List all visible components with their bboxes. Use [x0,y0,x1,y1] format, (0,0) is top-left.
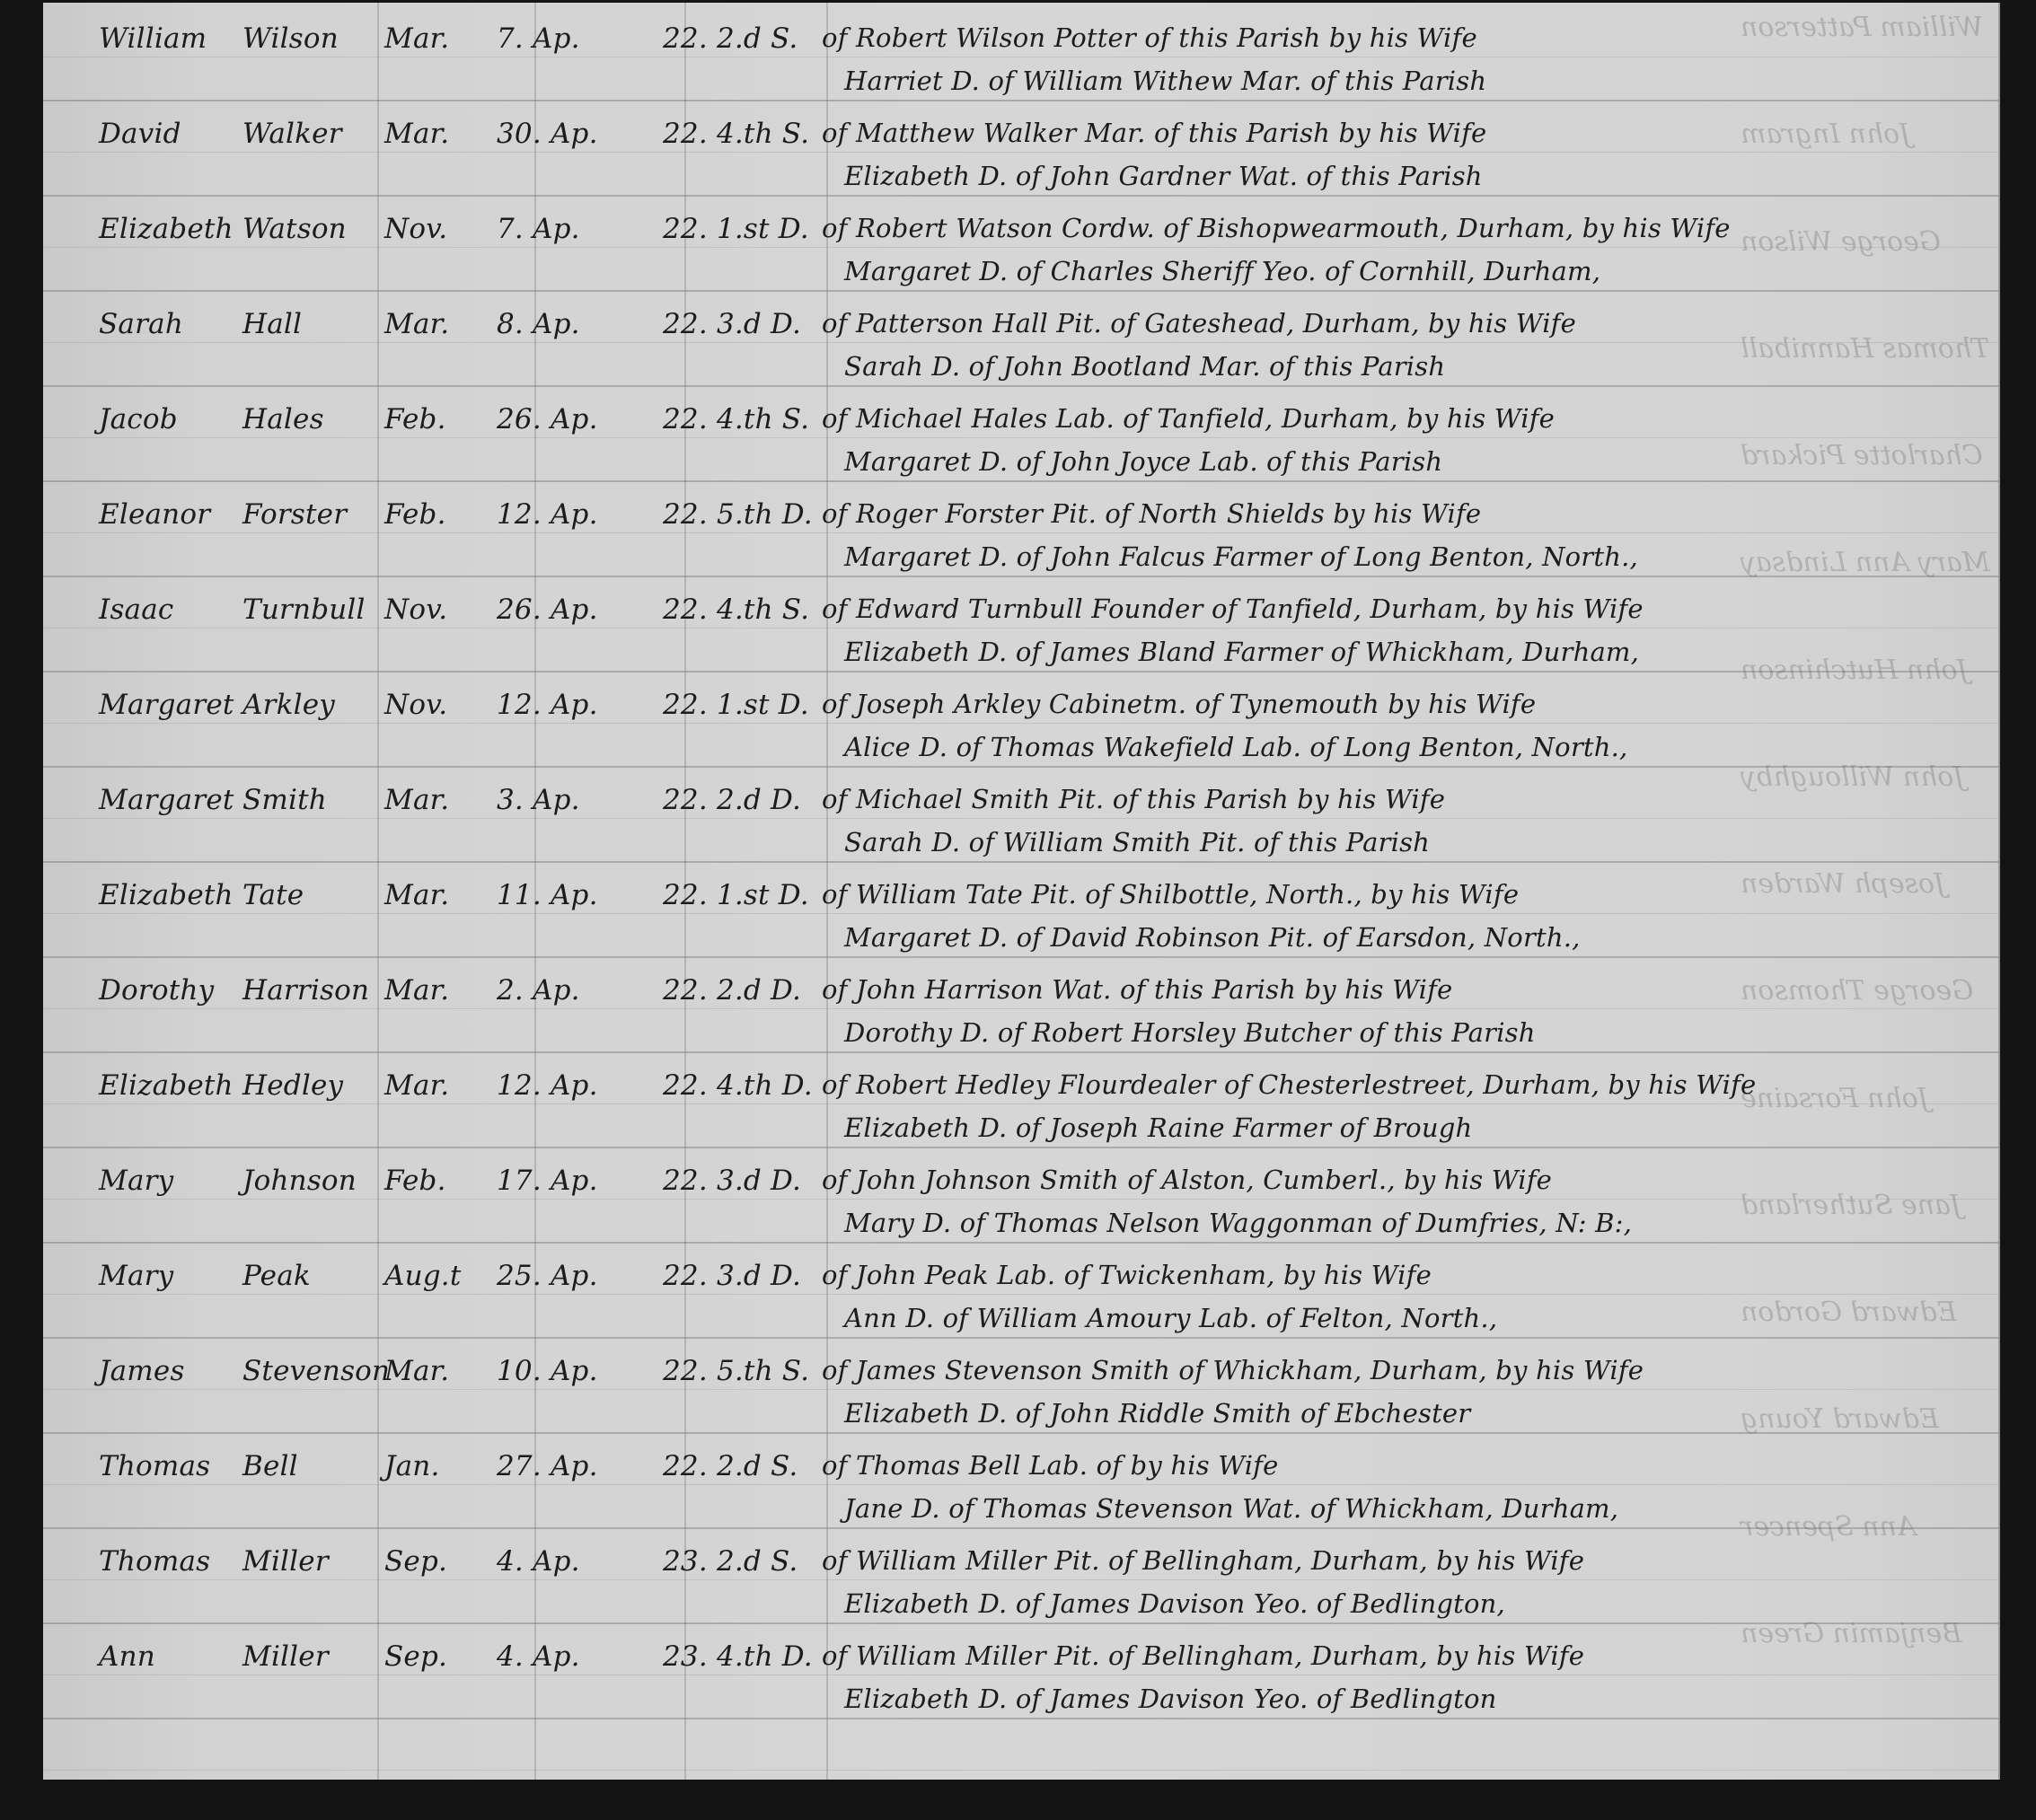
birth-order: 22. 3.d D. [663,1165,801,1197]
register-entry: Ann Miller Sep. 4. Ap. 23. 4.th D. of Wi… [43,1640,1998,1736]
baptism-date: 8. Ap. [497,308,580,340]
child-surname: Johnson [242,1165,357,1197]
register-entry: William Wilson Mar. 7. Ap. 22. 2.d S. of… [43,22,1998,118]
mother-details: Alice D. of Thomas Wakefield Lab. of Lon… [844,732,1627,762]
child-surname: Turnbull [242,593,366,626]
father-details: of Edward Turnbull Founder of Tanfield, … [822,593,1644,624]
child-forename: Thomas [99,1450,210,1482]
baptism-date: 25. Ap. [497,1260,598,1292]
father-details: of William Miller Pit. of Bellingham, Du… [822,1640,1584,1671]
child-surname: Miller [242,1640,329,1673]
child-surname: Bell [242,1450,298,1482]
child-surname: Harrison [242,974,369,1007]
child-surname: Peak [242,1260,311,1292]
mother-details: Dorothy D. of Robert Horsley Butcher of … [844,1017,1536,1048]
child-forename: Mary [99,1165,173,1197]
baptism-date: 4. Ap. [497,1545,580,1578]
mother-details: Margaret D. of John Joyce Lab. of this P… [844,446,1442,477]
register-entry: Margaret Arkley Nov. 12. Ap. 22. 1.st D.… [43,689,1998,784]
register-entry: Margaret Smith Mar. 3. Ap. 22. 2.d D. of… [43,784,1998,879]
register-entry: Thomas Miller Sep. 4. Ap. 23. 2.d S. of … [43,1545,1998,1640]
father-details: of John Peak Lab. of Twickenham, by his … [822,1260,1432,1290]
baptism-date: 4. Ap. [497,1640,580,1673]
baptism-date: 12. Ap. [497,498,598,531]
birth-month: Mar. [384,1069,449,1102]
child-surname: Hedley [242,1069,343,1102]
register-entry: Isaac Turnbull Nov. 26. Ap. 22. 4.th S. … [43,593,1998,689]
birth-month: Mar. [384,118,449,150]
child-forename: William [99,22,207,55]
register-entry: Elizabeth Watson Nov. 7. Ap. 22. 1.st D.… [43,213,1998,308]
mother-details: Margaret D. of John Falcus Farmer of Lon… [844,541,1638,572]
birth-order: 22. 1.st D. [663,879,809,911]
mother-details: Harriet D. of William Withew Mar. of thi… [844,66,1486,96]
birth-order: 22. 1.st D. [663,213,809,245]
father-details: of Robert Hedley Flourdealer of Chesterl… [822,1069,1756,1100]
birth-order: 22. 1.st D. [663,689,809,721]
father-details: of Robert Wilson Potter of this Parish b… [822,22,1477,53]
birth-month: Nov. [384,213,447,245]
birth-month: Mar. [384,22,449,55]
child-surname: Arkley [242,689,335,721]
mother-details: Margaret D. of David Robinson Pit. of Ea… [844,922,1581,953]
birth-month: Nov. [384,689,447,721]
child-forename: Margaret [99,784,234,816]
baptism-date: 3. Ap. [497,784,580,816]
baptism-date: 12. Ap. [497,689,598,721]
child-forename: James [99,1355,185,1387]
mother-details: Sarah D. of John Bootland Mar. of this P… [844,351,1445,382]
register-entry: Sarah Hall Mar. 8. Ap. 22. 3.d D. of Pat… [43,308,1998,403]
child-forename: Elizabeth [99,879,234,911]
birth-order: 22. 5.th S. [663,1355,809,1387]
ruled-line [43,1770,1998,1771]
baptism-date: 7. Ap. [497,22,580,55]
birth-month: Mar. [384,879,449,911]
child-surname: Stevenson [242,1355,390,1387]
birth-order: 22. 4.th D. [663,1069,813,1102]
birth-month: Mar. [384,974,449,1007]
birth-order: 22. 2.d S. [663,1450,798,1482]
register-page: William PattersonJohn IngramGeorge Wilso… [43,3,2000,1780]
mother-details: Sarah D. of William Smith Pit. of this P… [844,827,1430,857]
father-details: of Thomas Bell Lab. of by his Wife [822,1450,1278,1481]
father-details: of William Tate Pit. of Shilbottle, Nort… [822,879,1519,910]
baptism-date: 26. Ap. [497,593,598,626]
birth-month: Sep. [384,1545,447,1578]
birth-order: 23. 4.th D. [663,1640,813,1673]
baptism-date: 27. Ap. [497,1450,598,1482]
register-entry: Thomas Bell Jan. 27. Ap. 22. 2.d S. of T… [43,1450,1998,1545]
child-surname: Hall [242,308,302,340]
birth-month: Mar. [384,308,449,340]
child-surname: Miller [242,1545,329,1578]
mother-details: Elizabeth D. of James Bland Farmer of Wh… [844,637,1639,667]
child-surname: Wilson [242,22,339,55]
mother-details: Margaret D. of Charles Sheriff Yeo. of C… [844,256,1600,286]
register-entry: Elizabeth Hedley Mar. 12. Ap. 22. 4.th D… [43,1069,1998,1165]
child-forename: Jacob [99,403,178,435]
baptism-date: 11. Ap. [497,879,598,911]
mother-details: Elizabeth D. of James Davison Yeo. of Be… [844,1588,1505,1619]
register-entry: Eleanor Forster Feb. 12. Ap. 22. 5.th D.… [43,498,1998,593]
register-entry: James Stevenson Mar. 10. Ap. 22. 5.th S.… [43,1355,1998,1450]
birth-month: Feb. [384,403,446,435]
child-surname: Forster [242,498,347,531]
mother-details: Elizabeth D. of John Gardner Wat. of thi… [844,161,1483,191]
birth-month: Nov. [384,593,447,626]
birth-order: 22. 3.d D. [663,1260,801,1292]
birth-order: 22. 2.d S. [663,22,798,55]
child-forename: Ann [99,1640,155,1673]
birth-order: 22. 3.d D. [663,308,801,340]
birth-order: 23. 2.d S. [663,1545,798,1578]
mother-details: Elizabeth D. of James Davison Yeo. of Be… [844,1684,1497,1714]
birth-month: Aug.t [384,1260,462,1292]
father-details: of James Stevenson Smith of Whickham, Du… [822,1355,1644,1385]
child-forename: Margaret [99,689,234,721]
father-details: of Michael Hales Lab. of Tanfield, Durha… [822,403,1555,434]
father-details: of Patterson Hall Pit. of Gateshead, Dur… [822,308,1576,339]
child-surname: Hales [242,403,324,435]
child-surname: Watson [242,213,347,245]
birth-order: 22. 4.th S. [663,118,809,150]
father-details: of Joseph Arkley Cabinetm. of Tynemouth … [822,689,1536,719]
baptism-date: 30. Ap. [497,118,598,150]
register-entry: Jacob Hales Feb. 26. Ap. 22. 4.th S. of … [43,403,1998,498]
baptism-date: 2. Ap. [497,974,580,1007]
father-details: of Roger Forster Pit. of North Shields b… [822,498,1481,529]
mother-details: Elizabeth D. of John Riddle Smith of Ebc… [844,1398,1470,1429]
mother-details: Ann D. of William Amoury Lab. of Felton,… [844,1303,1497,1333]
child-surname: Tate [242,879,304,911]
birth-month: Jan. [384,1450,440,1482]
child-forename: Sarah [99,308,183,340]
birth-month: Sep. [384,1640,447,1673]
birth-month: Mar. [384,784,449,816]
register-entry: Mary Johnson Feb. 17. Ap. 22. 3.d D. of … [43,1165,1998,1260]
birth-order: 22. 2.d D. [663,974,801,1007]
baptism-date: 17. Ap. [497,1165,598,1197]
birth-order: 22. 4.th S. [663,403,809,435]
birth-order: 22. 5.th D. [663,498,813,531]
child-forename: Mary [99,1260,173,1292]
register-entry: Dorothy Harrison Mar. 2. Ap. 22. 2.d D. … [43,974,1998,1069]
birth-month: Feb. [384,498,446,531]
father-details: of John Johnson Smith of Alston, Cumberl… [822,1165,1552,1195]
child-surname: Smith [242,784,327,816]
birth-month: Feb. [384,1165,446,1197]
register-entry: Elizabeth Tate Mar. 11. Ap. 22. 1.st D. … [43,879,1998,974]
register-entry: David Walker Mar. 30. Ap. 22. 4.th S. of… [43,118,1998,213]
child-forename: David [99,118,181,150]
child-forename: Eleanor [99,498,210,531]
child-forename: Elizabeth [99,1069,234,1102]
father-details: of Robert Watson Cordw. of Bishopwearmou… [822,213,1731,243]
birth-month: Mar. [384,1355,449,1387]
mother-details: Mary D. of Thomas Nelson Waggonman of Du… [844,1208,1632,1238]
birth-order: 22. 2.d D. [663,784,801,816]
child-forename: Elizabeth [99,213,234,245]
child-forename: Thomas [99,1545,210,1578]
father-details: of Matthew Walker Mar. of this Parish by… [822,118,1486,148]
baptism-date: 12. Ap. [497,1069,598,1102]
baptism-date: 7. Ap. [497,213,580,245]
birth-order: 22. 4.th S. [663,593,809,626]
child-forename: Dorothy [99,974,214,1007]
mother-details: Elizabeth D. of Joseph Raine Farmer of B… [844,1112,1472,1143]
baptism-date: 10. Ap. [497,1355,598,1387]
child-surname: Walker [242,118,342,150]
register-entry: Mary Peak Aug.t 25. Ap. 22. 3.d D. of Jo… [43,1260,1998,1355]
father-details: of William Miller Pit. of Bellingham, Du… [822,1545,1584,1576]
father-details: of John Harrison Wat. of this Parish by … [822,974,1452,1005]
child-forename: Isaac [99,593,173,626]
father-details: of Michael Smith Pit. of this Parish by … [822,784,1445,814]
baptism-date: 26. Ap. [497,403,598,435]
mother-details: Jane D. of Thomas Stevenson Wat. of Whic… [844,1493,1618,1524]
